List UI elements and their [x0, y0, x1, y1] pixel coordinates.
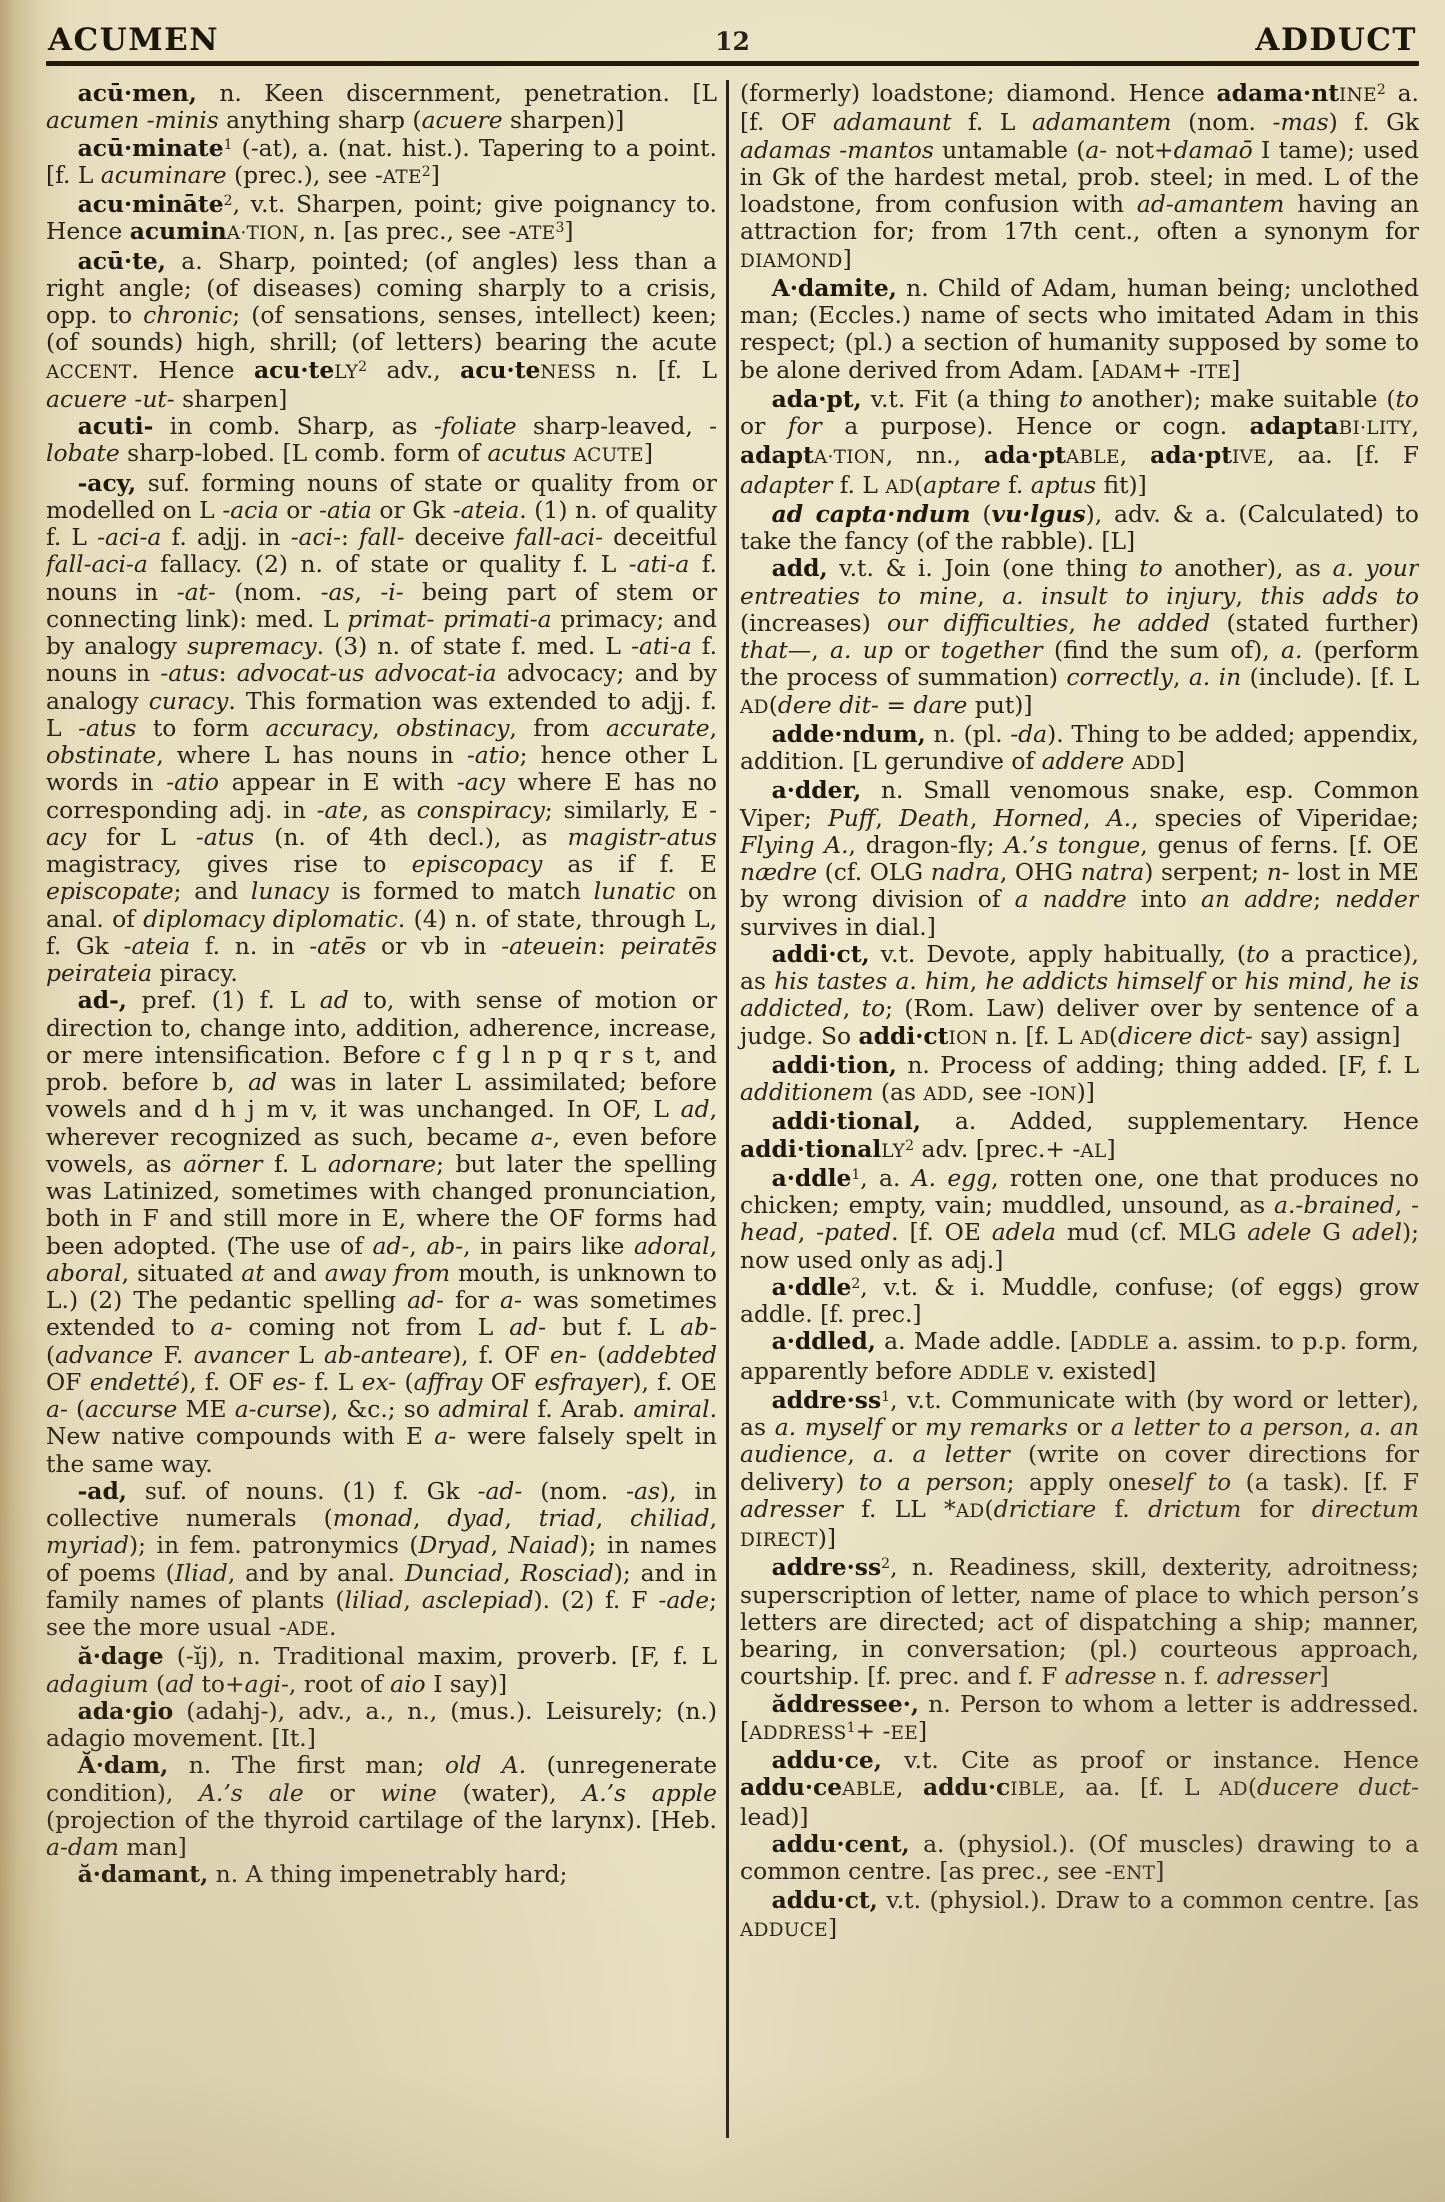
dictionary-entry: A·damite, n. Child of Adam, human being;…: [740, 275, 1419, 386]
dictionary-entry: a·ddled, a. Made addle. [ADDLE a. assim.…: [740, 1328, 1419, 1387]
dictionary-entry: ada·pt, v.t. Fit (a thing to another); m…: [740, 386, 1419, 501]
dictionary-entry: -ad, suf. of nouns. (1) f. Gk -ad- (nom.…: [46, 1478, 717, 1644]
dictionary-entry: addre·ss1, v.t. Communicate with (by wor…: [740, 1387, 1419, 1555]
dictionary-entry: ăddressee·, n. Person to whom a letter i…: [740, 1691, 1419, 1748]
dictionary-entry: -acy, suf. forming nouns of state or qua…: [46, 470, 717, 988]
dictionary-page: ACUMEN 12 ADDUCT acū·men, n. Keen discer…: [0, 0, 1445, 2202]
dictionary-entry: addre·ss2, n. Readiness, skill, dexterit…: [740, 1554, 1419, 1690]
page-header: ACUMEN 12 ADDUCT: [46, 22, 1419, 58]
column-divider: [726, 80, 729, 2138]
header-rule: [46, 61, 1419, 66]
dictionary-entry: addu·ce, v.t. Cite as proof or instance.…: [740, 1747, 1419, 1831]
text-columns: acū·men, n. Keen discernment, penetratio…: [46, 80, 1419, 2155]
dictionary-entry: ă·dage (-ĭj), n. Traditional maxim, prov…: [46, 1643, 717, 1698]
dictionary-entry: addi·tion, n. Process of adding; thing a…: [740, 1052, 1419, 1109]
dictionary-entry: ad capta·ndum (vu·lgus), adv. & a. (Calc…: [740, 501, 1419, 556]
dictionary-entry: addu·ct, v.t. (physiol.). Draw to a comm…: [740, 1887, 1419, 1944]
dictionary-entry: a·ddle1, a. A. egg, rotten one, one that…: [740, 1165, 1419, 1274]
dictionary-entry: add, v.t. & i. Join (one thing to anothe…: [740, 555, 1419, 721]
dictionary-entry: addi·ct, v.t. Devote, apply habitually, …: [740, 941, 1419, 1052]
dictionary-entry: a·ddle2, v.t. & i. Muddle, confuse; (of …: [740, 1274, 1419, 1329]
dictionary-entry: Ă·dam, n. The first man; old A. (unregen…: [46, 1752, 717, 1861]
dictionary-entry: addu·cent, a. (physiol.). (Of muscles) d…: [740, 1831, 1419, 1888]
dictionary-entry: ad-, pref. (1) f. L ad to, with sense of…: [46, 987, 717, 1478]
dictionary-entry: adde·ndum, n. (pl. -da). Thing to be add…: [740, 721, 1419, 778]
dictionary-entry: acuti- in comb. Sharp, as -foliate sharp…: [46, 413, 717, 470]
left-column: acū·men, n. Keen discernment, penetratio…: [46, 80, 717, 2155]
dictionary-entry: ă·damant, n. A thing impenetrably hard;: [46, 1861, 717, 1888]
dictionary-entry: a·dder, n. Small venomous snake, esp. Co…: [740, 777, 1419, 941]
page-number: 12: [46, 27, 1419, 56]
dictionary-entry: acū·minate1 (-at), a. (nat. hist.). Tape…: [46, 135, 717, 192]
right-column: (formerly) loadstone; diamond. Hence ada…: [740, 80, 1419, 2155]
dictionary-entry: (formerly) loadstone; diamond. Hence ada…: [740, 80, 1419, 275]
dictionary-entry: acū·te, a. Sharp, pointed; (of angles) l…: [46, 248, 717, 414]
dictionary-entry: acū·men, n. Keen discernment, penetratio…: [46, 80, 717, 135]
dictionary-entry: addi·tional, a. Added, supplementary. He…: [740, 1108, 1419, 1165]
dictionary-entry: ada·gio (adahj-), adv., a., n., (mus.). …: [46, 1698, 717, 1753]
running-head-right: ADDUCT: [1255, 22, 1417, 58]
dictionary-entry: acu·mināte2, v.t. Sharpen, point; give p…: [46, 191, 717, 248]
